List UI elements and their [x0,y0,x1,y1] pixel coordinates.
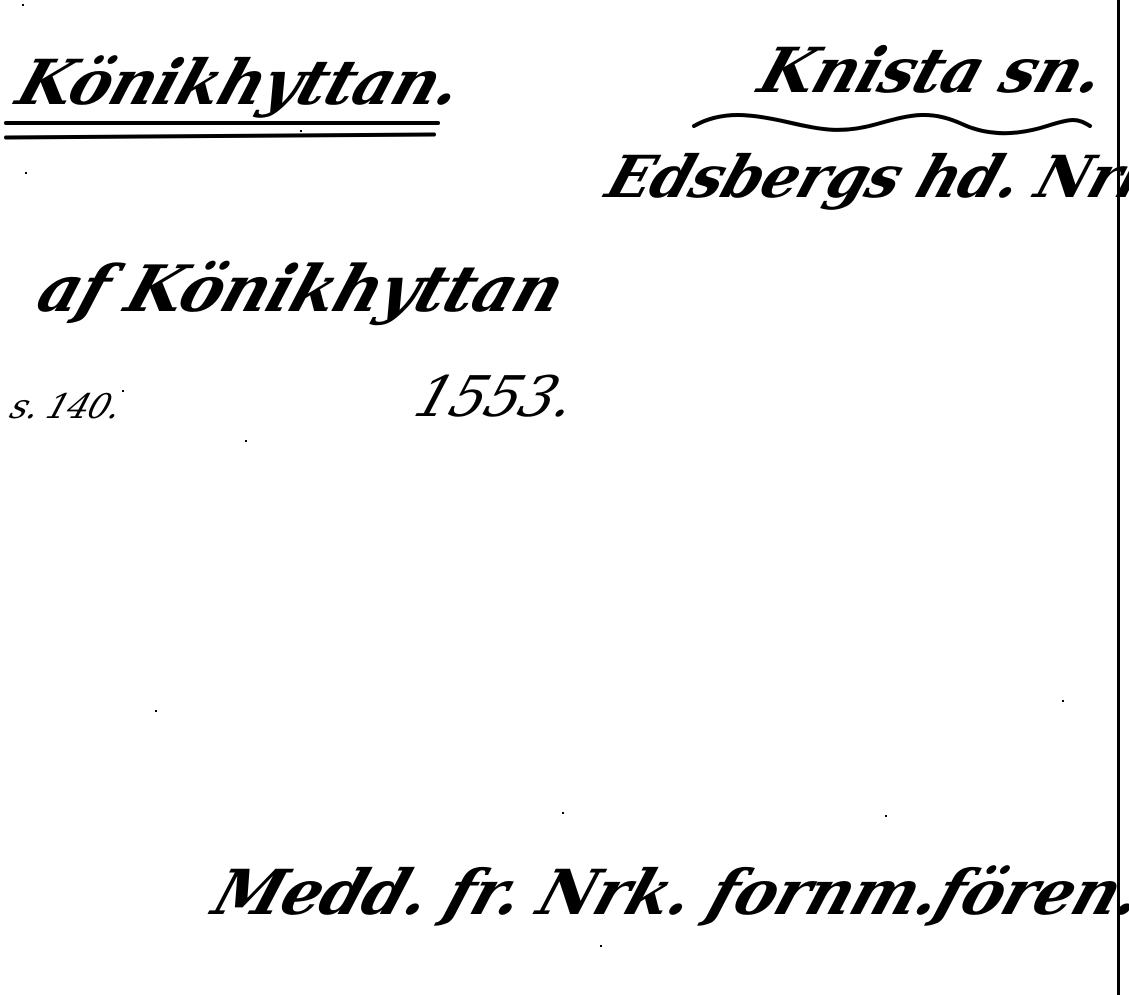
place-name-heading: Könikhyttan. [10,52,469,114]
archival-index-card: Könikhyttan. Knista sn. Edsbergs hd. Nrk… [0,0,1129,995]
scan-speck [885,815,887,817]
scan-speck [122,390,124,392]
scan-speck [300,130,302,132]
page-reference: s. 140. [6,390,125,424]
parish-wavy-underline [692,104,1092,138]
scan-speck [245,440,247,442]
heading-underline-top [4,121,440,125]
scan-speck [22,4,24,6]
card-right-border [1117,0,1120,995]
scan-speck [562,812,564,814]
parish-name: Knista sn. [752,40,1112,102]
year: 1553. [408,370,582,426]
scan-speck [155,710,157,712]
district-name: Edsbergs hd. Nrk. [600,148,1129,206]
heading-underline-bottom [4,132,436,139]
family-name: af Könikhyttan [30,258,571,322]
scan-speck [600,945,602,947]
source-citation: Medd. fr. Nrk. fornm.fören. I. [206,862,1129,924]
scan-speck [25,172,27,174]
scan-speck [1062,700,1064,702]
